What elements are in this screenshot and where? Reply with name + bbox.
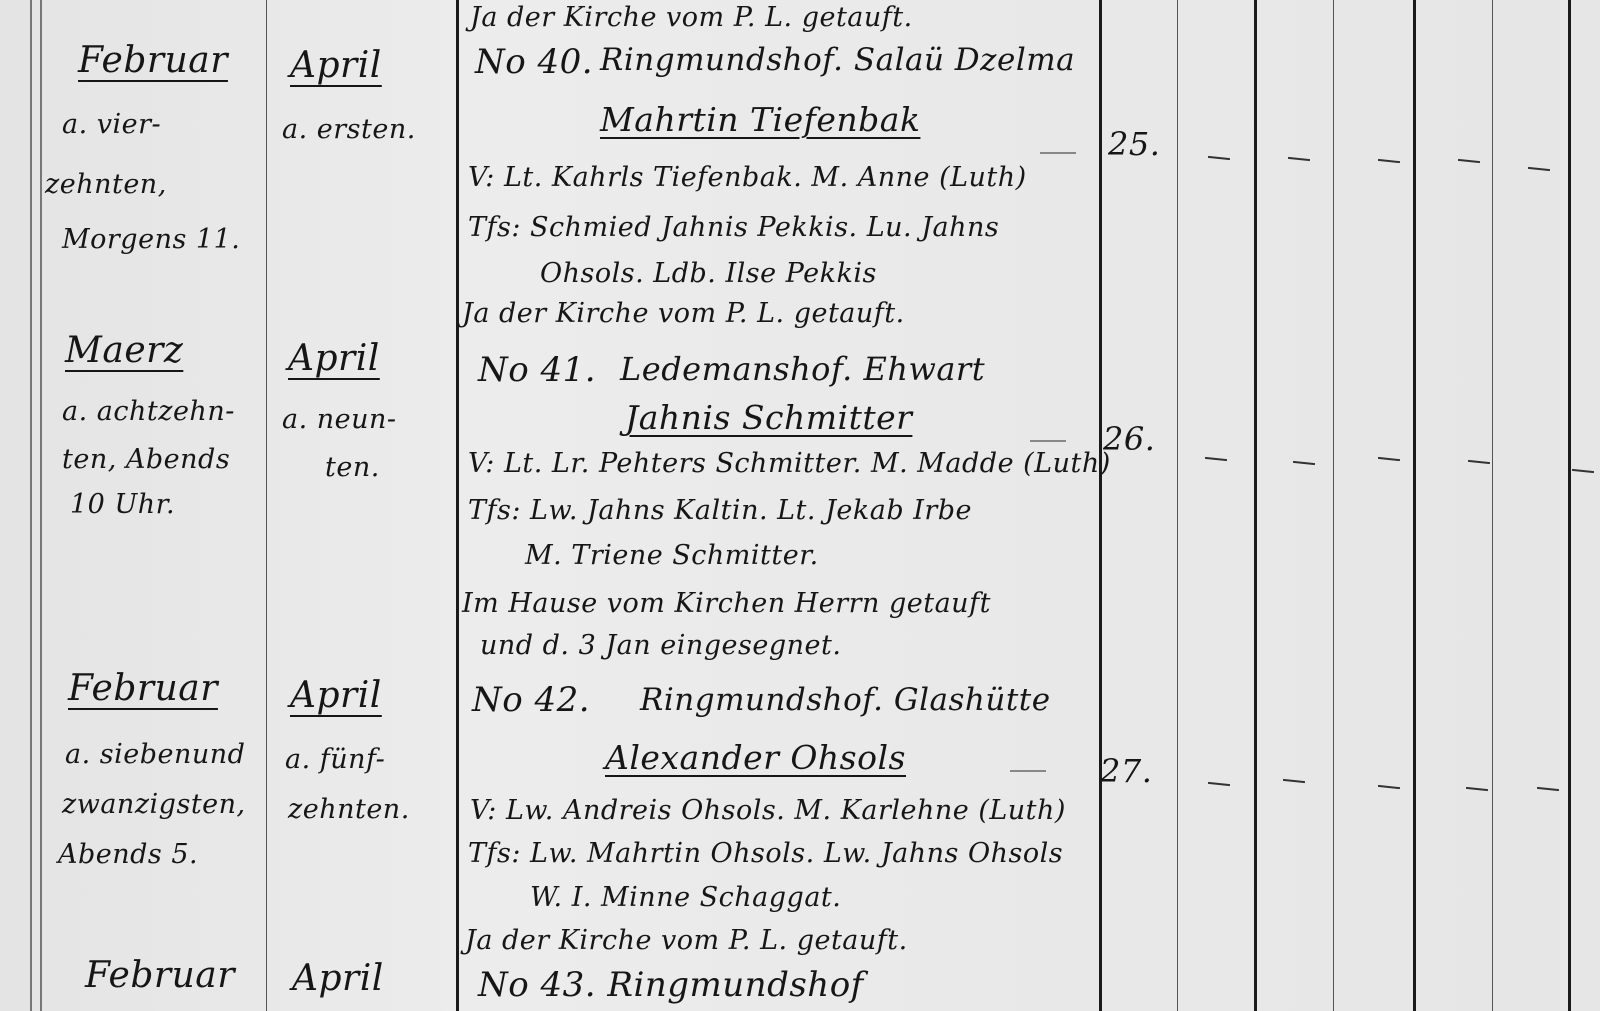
baptism-day-line: a. fünf- [285, 740, 385, 780]
birth-day-line: zwanzigsten, [62, 785, 246, 825]
baptism-note: und d. 3 Jan eingesegnet. [480, 630, 841, 661]
parents-line: V: Lw. Andreis Ohsols. M. Karlehne (Luth… [470, 795, 1066, 826]
entry-number: No 40. [475, 42, 593, 82]
godparents-line: W. I. Minne Schaggat. [530, 882, 841, 913]
filler-dash [1040, 152, 1076, 154]
parents-line: V: Lt. Kahrls Tiefenbak. M. Anne (Luth) [468, 162, 1027, 193]
empty-mark [1537, 787, 1559, 791]
godparents-line: M. Triene Schmitter. [525, 540, 819, 571]
baptism-month: April [290, 45, 382, 86]
empty-mark [1468, 460, 1490, 464]
record-number: 27. [1100, 752, 1152, 790]
empty-mark [1378, 159, 1400, 163]
baptism-day-line: zehnten. [288, 790, 410, 830]
empty-mark [1288, 157, 1310, 161]
column-divider [456, 0, 459, 1011]
filler-dash [1010, 770, 1046, 772]
record-number: 25. [1108, 125, 1160, 163]
empty-mark [1205, 457, 1227, 461]
parents-line: V: Lt. Lr. Pehters Schmitter. M. Madde (… [468, 448, 1111, 479]
entry-place: Ringmundshof. Glashütte [640, 682, 1051, 718]
birth-day-line: a. siebenund [65, 735, 245, 775]
birth-month: Februar [68, 668, 218, 709]
column-divider [1492, 0, 1493, 1011]
record-number: 26. [1103, 420, 1155, 458]
empty-mark [1208, 156, 1230, 160]
baptism-month: April [292, 958, 384, 999]
birth-day-line: a. achtzehn- [62, 392, 235, 432]
baptism-month: April [288, 338, 380, 379]
gutter-line [40, 0, 42, 1011]
filler-dash [1030, 440, 1066, 442]
baptism-note: Ja der Kirche vom P. L. getauft. [465, 925, 908, 956]
entry-place: Ringmundshof. Salaü Dzelma [600, 42, 1075, 78]
baptism-month: April [290, 675, 382, 716]
column-divider [1333, 0, 1334, 1011]
godparents-line: Ohsols. Ldb. Ilse Pekkis [540, 258, 877, 289]
baptism-note: Im Hause vom Kirchen Herrn getauft [462, 588, 991, 619]
column-divider [1568, 0, 1571, 1011]
baptism-day-line: ten. [325, 448, 380, 488]
baptism-day-line: a. neun- [282, 400, 397, 440]
column-divider [1254, 0, 1257, 1011]
column-divider [266, 0, 267, 1011]
child-name: Mahrtin Tiefenbak [600, 100, 920, 139]
birth-day-line: Morgens 11. [62, 220, 240, 260]
child-name: Alexander Ohsols [605, 738, 906, 777]
birth-month: Maerz [65, 330, 183, 371]
empty-mark [1378, 457, 1400, 461]
entry-place: Ledemanshof. Ehwart [620, 350, 985, 388]
entry-number: No 42. [472, 680, 590, 720]
empty-mark [1572, 469, 1594, 473]
empty-mark [1293, 461, 1315, 465]
empty-mark [1466, 787, 1488, 791]
top-fragment-note: Ja der Kirche vom P. L. getauft. [470, 2, 913, 33]
column-divider [1413, 0, 1416, 1011]
empty-mark [1283, 779, 1305, 783]
birth-day-line: Abends 5. [58, 835, 198, 875]
godparents-line: Tfs: Schmied Jahnis Pekkis. Lu. Jahns [468, 212, 999, 243]
empty-mark [1458, 159, 1480, 163]
empty-mark [1528, 167, 1550, 171]
birth-day-line: zehnten, [45, 165, 167, 205]
empty-mark [1378, 785, 1400, 789]
entry-number: No 41. [478, 350, 596, 390]
baptism-day-line: a. ersten. [282, 110, 416, 150]
baptism-note: Ja der Kirche vom P. L. getauft. [462, 298, 905, 329]
birth-day-line: ten, Abends [62, 440, 230, 480]
birth-day-line: a. vier- [62, 105, 161, 145]
godparents-line: Tfs: Lw. Mahrtin Ohsols. Lw. Jahns Ohsol… [468, 838, 1063, 869]
child-name: Jahnis Schmitter [625, 398, 912, 437]
gutter-line [30, 0, 32, 1011]
register-page: Ja der Kirche vom P. L. getauft. Februar… [0, 0, 1600, 1011]
godparents-line: Tfs: Lw. Jahns Kaltin. Lt. Jekab Irbe [468, 495, 972, 526]
empty-mark [1208, 782, 1230, 786]
birth-month: Februar [85, 955, 235, 996]
column-divider [1177, 0, 1178, 1011]
column-divider [1099, 0, 1102, 1011]
birth-day-line: 10 Uhr. [70, 485, 175, 525]
entry-number: No 43. Ringmundshof [478, 965, 864, 1005]
birth-month: Februar [78, 40, 228, 81]
